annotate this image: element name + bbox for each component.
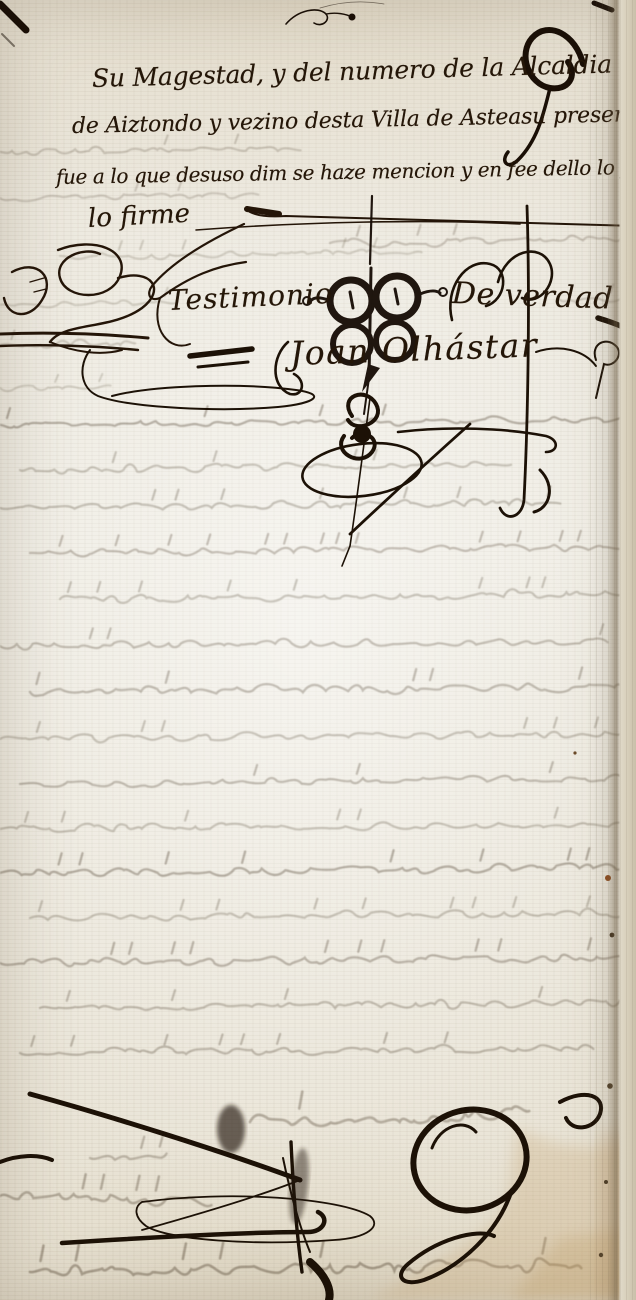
bleed-through-writing-icon — [0, 0, 636, 1300]
top-corner-mark-icon — [0, 3, 612, 46]
manuscript-line-3: fue a lo que desuso dim se haze mencion … — [56, 154, 636, 189]
left-rubric-icon — [0, 244, 154, 352]
ink-flourishes — [0, 0, 636, 1300]
page-edge — [590, 0, 636, 1300]
manuscript-line-1: Su Magestad, y del numero de la Alcaldia… — [92, 47, 636, 93]
top-curl-flourish-icon — [286, 2, 384, 25]
rule-lines — [196, 209, 636, 230]
bottom-rubric-flourish-icon — [0, 1094, 601, 1300]
manuscript-line-2: de Aiztondo y vezino desta Villa de Aste… — [72, 102, 636, 139]
attestation-testimonio: Testimonio — [167, 277, 333, 317]
signature-knot-rubric-icon — [299, 395, 555, 566]
manuscript-page-scan: Su Magestad, y del numero de la Alcaldia… — [0, 0, 636, 1300]
manuscript-line-firme: lo firme — [87, 199, 190, 234]
notary-signature: Joan Olhástar — [289, 325, 538, 373]
